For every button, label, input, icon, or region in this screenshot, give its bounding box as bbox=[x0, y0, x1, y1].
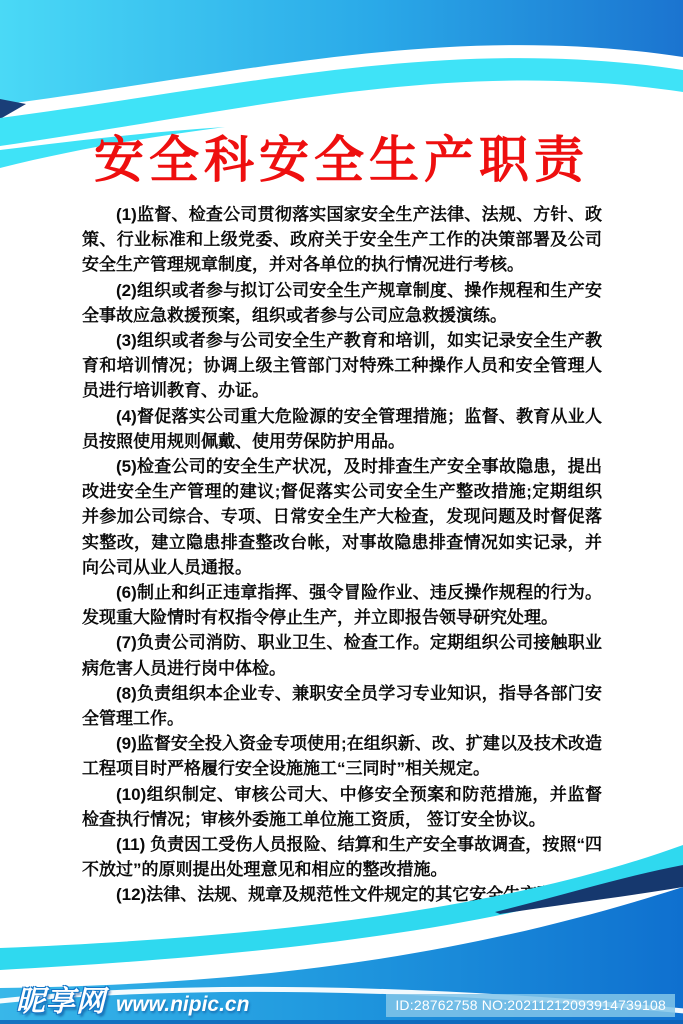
responsibility-item: (7)负责公司消防、职业卫生、检查工作。定期组织公司接触职业病危害人员进行岗中体… bbox=[82, 630, 602, 680]
responsibility-item: (8)负责组织本企业专、兼职安全员学习专业知识，指导各部门安全管理工作。 bbox=[82, 681, 602, 731]
site-url: www.nipic.cn bbox=[116, 993, 249, 1017]
responsibility-item: (5)检查公司的安全生产状况，及时排查生产安全事故隐患，提出改进安全生产管理的建… bbox=[82, 454, 602, 580]
responsibility-item: (9)监督安全投入资金专项使用;在组织新、改、扩建以及技术改造工程项目时严格履行… bbox=[82, 731, 602, 781]
safety-responsibility-poster: 安全科安全生产职责 (1)监督、检查公司贯彻落实国家安全生产法律、法规、方针、政… bbox=[0, 0, 683, 1024]
responsibility-item: (6)制止和纠正违章指挥、强令冒险作业、违反操作规程的行为。发现重大险情时有权指… bbox=[82, 580, 602, 630]
footer-watermark-bar: 昵享网 www.nipic.cn ID:28762758 NO:20211212… bbox=[0, 984, 683, 1024]
poster-title: 安全科安全生产职责 bbox=[0, 120, 683, 192]
responsibility-item: (1)监督、检查公司贯彻落实国家安全生产法律、法规、方针、政策、行业标准和上级党… bbox=[82, 202, 602, 278]
responsibility-item: (2)组织或者参与拟订公司安全生产规章制度、操作规程和生产安全事故应急救援预案，… bbox=[82, 278, 602, 328]
responsibility-item: (3)组织或者参与公司安全生产教育和培训，如实记录安全生产教育和培训情况；协调上… bbox=[82, 328, 602, 404]
site-brand: 昵享网 www.nipic.cn bbox=[16, 979, 249, 1020]
image-id-badge: ID:28762758 NO:20211212093914739108 bbox=[386, 994, 675, 1017]
site-logo: 昵享网 bbox=[16, 979, 106, 1020]
responsibility-list: (1)监督、检查公司贯彻落实国家安全生产法律、法规、方针、政策、行业标准和上级党… bbox=[82, 202, 602, 908]
responsibility-item: (4)督促落实公司重大危险源的安全管理措施；监督、教育从业人员按照使用规则佩戴、… bbox=[82, 404, 602, 454]
